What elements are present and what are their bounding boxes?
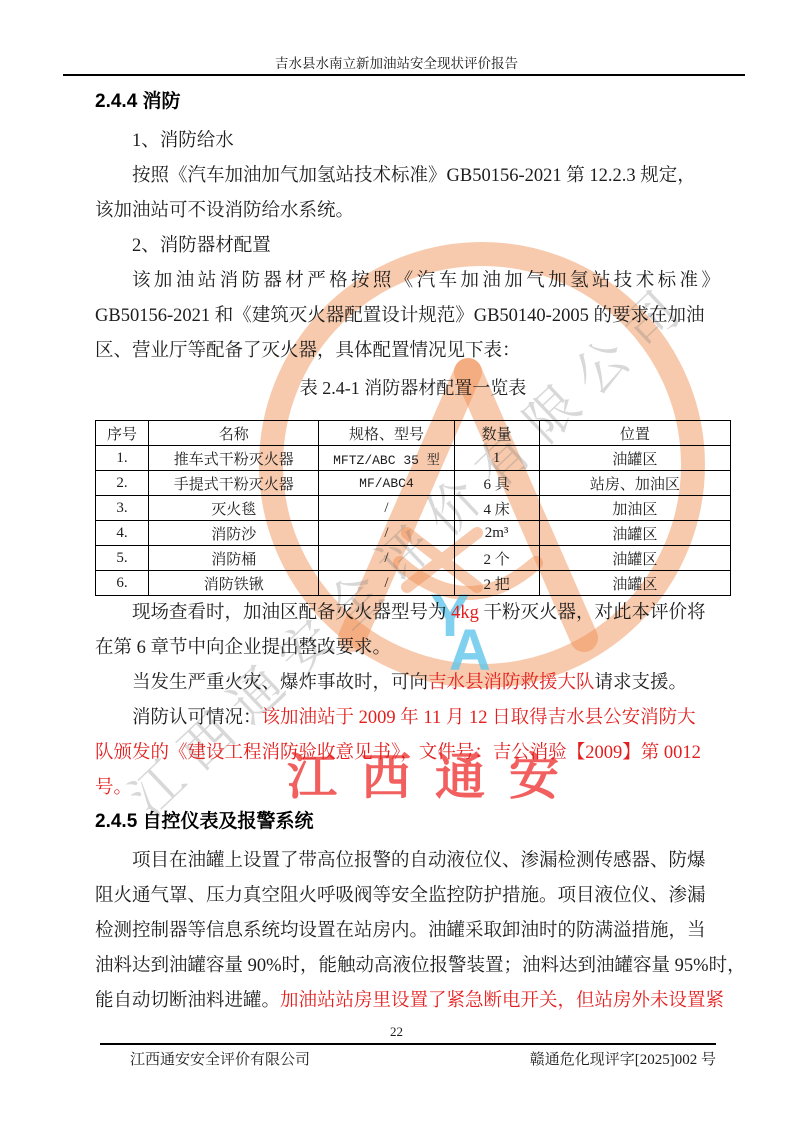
text-segment: 在第 6 章节中向企业提出整改要求。 [95, 638, 391, 658]
table-cell: 推车式干粉灭火器 [149, 446, 319, 471]
body-line: 能自动切断油料进罐。加油站站房里设置了紧急断电开关，但站房外未设置紧 [95, 984, 731, 1019]
text-segment: 消防认可情况： [132, 708, 262, 728]
table-cell: 消防桶 [149, 546, 319, 571]
table-caption: 表 2.4-1 消防器材配置一览表 [95, 377, 731, 399]
text-segment: 请求支援。 [595, 673, 688, 693]
body-line: 在第 6 章节中向企业提出整改要求。 [95, 631, 731, 666]
body-line: 号。 [95, 771, 731, 806]
text-segment: 油料达到油罐容量 90%时，能触动高液位报警装置；油料达到油罐容量 95%时， [95, 956, 746, 976]
text-segment: 4kg [451, 603, 479, 623]
table-cell: / [319, 521, 454, 546]
table-cell: 油罐区 [539, 571, 730, 596]
table-row: 3.灭火毯/4 床加油区 [96, 496, 731, 521]
text-segment: GB50156-2021 和《建筑灭火器配置设计规范》GB50140-2005 … [95, 306, 704, 326]
table-cell: 2 个 [454, 546, 539, 571]
body-line: 该加油站可不设消防给水系统。 [95, 194, 731, 229]
text-segment: 号。 [95, 778, 132, 798]
body-line: 按照《汽车加油加气加氢站技术标准》GB50156-2021 第 12.2.3 规… [95, 159, 731, 194]
table-cell: 4 床 [454, 496, 539, 521]
table-cell: 灭火毯 [149, 496, 319, 521]
table-cell: 4. [96, 521, 149, 546]
text-segment: 干粉灭火器，对此本评价将 [479, 603, 706, 623]
table-cell: 加油区 [539, 496, 730, 521]
table-header-cell: 位置 [539, 421, 730, 446]
table-cell: 消防铁锹 [149, 571, 319, 596]
body-line: 该加油站消防器材严格按照《汽车加油加气加氢站技术标准》 [95, 264, 731, 299]
text-segment: 现场查看时，加油区配备灭火器型号为 [132, 603, 451, 623]
table-cell: 6 具 [454, 471, 539, 496]
footer-document-number: 赣通危化现评字[2025]002 号 [530, 1048, 716, 1069]
table-cell: MF/ABC4 [319, 471, 454, 496]
text-segment: 阻火通气罩、压力真空阻火呼吸阀等安全监控防护措施。项目液位仪、渗漏 [95, 886, 706, 906]
table-header-cell: 规格、型号 [319, 421, 454, 446]
body-line: 检测控制器等信息系统均设置在站房内。油罐采取卸油时的防满溢措施，当 [95, 914, 731, 949]
table-header-cell: 序号 [96, 421, 149, 446]
body-line: 消防认可情况：该加油站于 2009 年 11 月 12 日取得吉水县公安消防大 [95, 701, 731, 736]
table-cell: / [319, 496, 454, 521]
body-line: 现场查看时，加油区配备灭火器型号为 4kg 干粉灭火器，对此本评价将 [95, 596, 731, 631]
text-segment: 2、消防器材配置 [132, 236, 271, 256]
table-cell: 2m³ [454, 521, 539, 546]
table-header-cell: 名称 [149, 421, 319, 446]
table-cell: 2 把 [454, 571, 539, 596]
document-body: 2.4.4 消防1、消防给水按照《汽车加油加气加氢站技术标准》GB50156-2… [95, 86, 731, 1019]
footer-rule [100, 1043, 716, 1045]
text-segment: 区、营业厅等配备了灭火器，具体配置情况见下表： [95, 341, 521, 361]
table-row: 5.消防桶/2 个油罐区 [96, 546, 731, 571]
table-cell: 油罐区 [539, 521, 730, 546]
body-line: 油料达到油罐容量 90%时，能触动高液位报警装置；油料达到油罐容量 95%时， [95, 949, 731, 984]
text-segment: 检测控制器等信息系统均设置在站房内。油罐采取卸油时的防满溢措施，当 [95, 921, 706, 941]
text-segment: 该加油站消防器材严格按照《汽车加油加气加氢站技术标准》 [132, 271, 723, 291]
section-heading: 2.4.5 自控仪表及报警系统 [95, 806, 731, 844]
table-cell: MFTZ/ABC 35 型 [319, 446, 454, 471]
table-row: 1.推车式干粉灭火器MFTZ/ABC 35 型1油罐区 [96, 446, 731, 471]
table-cell: / [319, 571, 454, 596]
text-segment: 该加油站可不设消防给水系统。 [95, 201, 354, 221]
body-line: 2、消防器材配置 [95, 229, 731, 264]
body-line: 当发生严重火灾、爆炸事故时，可向吉水县消防救援大队请求支援。 [95, 666, 731, 701]
table-header-cell: 数量 [454, 421, 539, 446]
text-segment: 吉水县消防救援大队 [428, 673, 595, 693]
body-line: GB50156-2021 和《建筑灭火器配置设计规范》GB50140-2005 … [95, 299, 731, 334]
table-cell: 油罐区 [539, 546, 730, 571]
table-header-row: 序号名称规格、型号数量位置 [96, 421, 731, 446]
body-line: 队颁发的《建设工程消防验收意见书》，文件号：吉公消验【2009】第 0012 [95, 736, 731, 771]
table-row: 6.消防铁锹/2 把油罐区 [96, 571, 731, 596]
text-segment: 1、消防给水 [132, 131, 234, 151]
table-cell: 5. [96, 546, 149, 571]
table-cell: 站房、加油区 [539, 471, 730, 496]
text-segment: 项目在油罐上设置了带高位报警的自动液位仪、渗漏检测传感器、防爆 [132, 851, 706, 871]
text-segment: 加油站站房里设置了紧急断电开关，但站房外未设置紧 [280, 991, 724, 1011]
table-row: 2.手提式干粉灭火器MF/ABC46 具站房、加油区 [96, 471, 731, 496]
document-page: 江西通安全评价有限公司 Y A 江西通安 吉水县水南立新加油站安全现状评价报告 … [0, 0, 793, 1122]
table-cell: / [319, 546, 454, 571]
body-line: 阻火通气罩、压力真空阻火呼吸阀等安全监控防护措施。项目液位仪、渗漏 [95, 879, 731, 914]
page-header-title: 吉水县水南立新加油站安全现状评价报告 [0, 52, 793, 72]
page-number: 22 [0, 1024, 793, 1040]
table-cell: 手提式干粉灭火器 [149, 471, 319, 496]
section-heading: 2.4.4 消防 [95, 86, 731, 124]
fire-equipment-table: 序号名称规格、型号数量位置1.推车式干粉灭火器MFTZ/ABC 35 型1油罐区… [95, 420, 731, 596]
text-segment: 该加油站于 2009 年 11 月 12 日取得吉水县公安消防大 [262, 708, 696, 728]
table-cell: 3. [96, 496, 149, 521]
body-line: 项目在油罐上设置了带高位报警的自动液位仪、渗漏检测传感器、防爆 [95, 844, 731, 879]
text-segment: 队颁发的《建设工程消防验收意见书》，文件号：吉公消验【2009】第 0012 [95, 743, 701, 763]
text-segment: 当发生严重火灾、爆炸事故时，可向 [132, 673, 428, 693]
body-line: 1、消防给水 [95, 124, 731, 159]
table-row: 4.消防沙/2m³油罐区 [96, 521, 731, 546]
table-cell: 1. [96, 446, 149, 471]
text-segment: 按照《汽车加油加气加氢站技术标准》GB50156-2021 第 12.2.3 规… [132, 166, 696, 186]
text-segment: 能自动切断油料进罐。 [95, 991, 280, 1011]
footer-company-name: 江西通安安全评价有限公司 [130, 1048, 310, 1069]
table-cell: 油罐区 [539, 446, 730, 471]
body-line: 区、营业厅等配备了灭火器，具体配置情况见下表： [95, 334, 731, 369]
table-cell: 消防沙 [149, 521, 319, 546]
table-cell: 6. [96, 571, 149, 596]
table-cell: 2. [96, 471, 149, 496]
header-rule [63, 74, 745, 76]
table-cell: 1 [454, 446, 539, 471]
